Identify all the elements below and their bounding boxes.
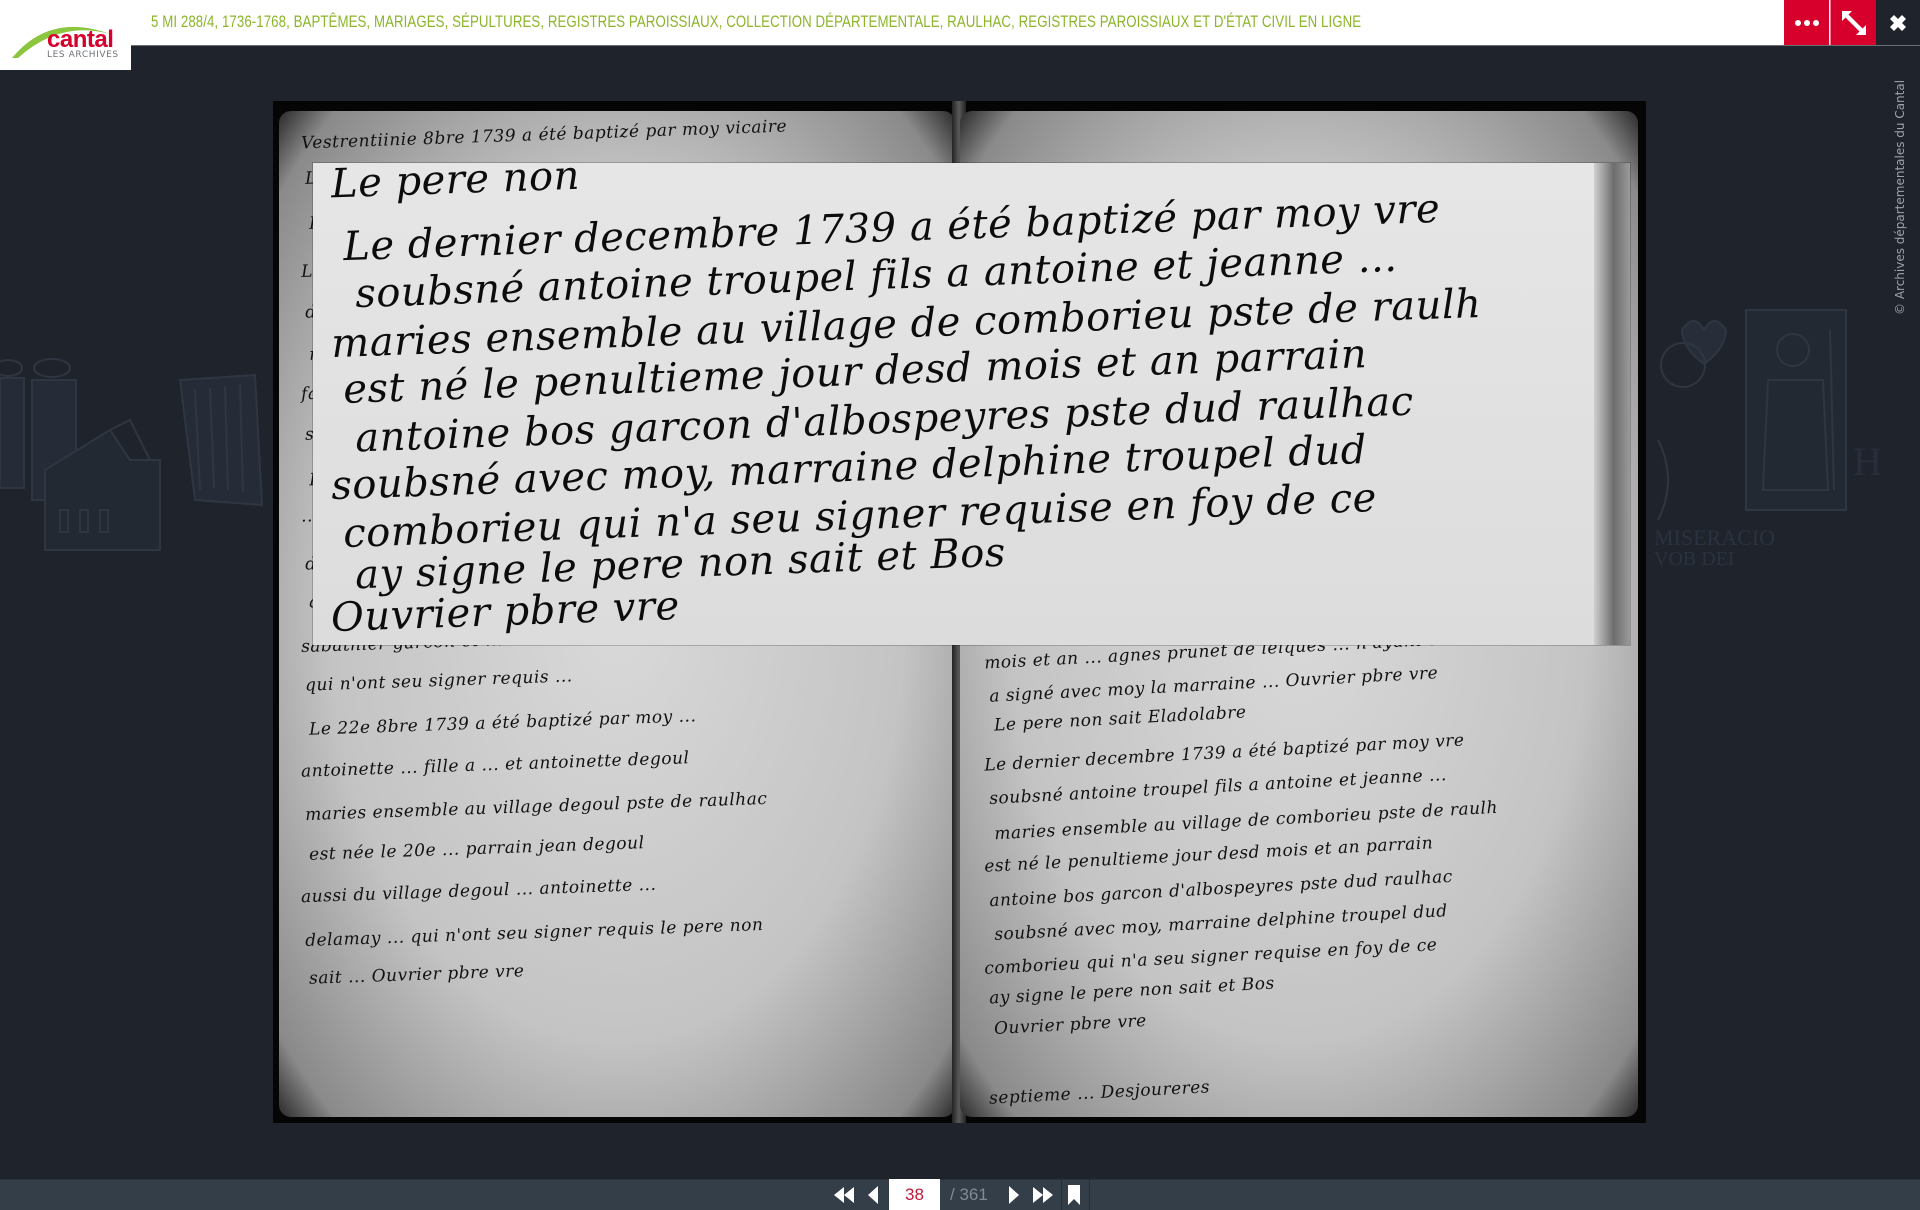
magnified-page-edge	[1594, 163, 1630, 645]
svg-text:MISERACIO: MISERACIO	[1654, 525, 1775, 550]
handwritten-line: Le pere non	[330, 163, 580, 207]
page-total-label: / 361	[950, 1185, 988, 1205]
handwritten-line: Le pere non sait Eladolabre	[994, 702, 1247, 735]
handwritten-line: septieme ... Desjoureres	[989, 1077, 1211, 1109]
pagination-divider	[1089, 1179, 1090, 1210]
handwritten-line: delamay ... qui n'ont seu signer requis …	[305, 915, 764, 951]
chevron-left-icon	[867, 1185, 879, 1205]
handwritten-line: antoinette ... fille a ... et antoinette…	[301, 748, 690, 782]
more-options-button[interactable]	[1784, 0, 1829, 45]
bookmark-icon	[1068, 1185, 1080, 1205]
background-illustration-right: MISERACIO VOB DEI H	[1648, 290, 1920, 590]
handwritten-line: a signé avec moy la marraine ... Ouvrier…	[989, 663, 1439, 706]
close-button[interactable]	[1876, 0, 1920, 45]
last-page-button[interactable]	[1030, 1179, 1056, 1210]
background-illustration-left	[0, 320, 270, 560]
chevron-right-icon	[1008, 1185, 1020, 1205]
handwritten-line: aussi du village degoul ... antoinette .…	[301, 875, 657, 907]
header-bar: 5 MI 288/4, 1736-1768, BAPTÊMES, MARIAGE…	[0, 0, 1920, 46]
first-page-button[interactable]	[831, 1179, 857, 1210]
handwritten-line: Le 22e 8bre 1739 a été baptizé par moy .…	[309, 706, 697, 740]
cantal-archives-logo[interactable]: cantal LES ARCHIVES	[0, 0, 131, 70]
svg-text:H: H	[1853, 439, 1882, 484]
magnifier-lens[interactable]: Le pere nonLe dernier decembre 1739 a ét…	[313, 163, 1630, 645]
svg-text:VOB DEI: VOB DEI	[1654, 548, 1735, 570]
handwritten-line: ay signe le pere non sait et Bos	[989, 974, 1276, 1009]
ellipsis-icon	[1795, 20, 1819, 26]
pagination-divider	[1061, 1179, 1062, 1210]
handwritten-line: est née le 20e ... parrain jean degoul	[309, 833, 645, 865]
document-title: 5 MI 288/4, 1736-1768, BAPTÊMES, MARIAGE…	[151, 12, 1361, 32]
handwritten-line: Ouvrier pbre vre	[994, 1011, 1148, 1039]
handwritten-line: Vestrentiinie 8bre 1739 a été baptizé pa…	[301, 117, 788, 154]
expand-arrows-icon	[1840, 9, 1868, 37]
close-x-icon	[1886, 11, 1910, 35]
handwritten-line: maries ensemble au village degoul pste d…	[305, 789, 768, 825]
next-page-button[interactable]	[1003, 1179, 1025, 1210]
page-number-input[interactable]	[889, 1179, 940, 1210]
double-chevron-right-icon	[1032, 1185, 1054, 1205]
logo-subtitle: LES ARCHIVES	[47, 50, 119, 60]
bookmark-button[interactable]	[1064, 1179, 1084, 1210]
copyright-notice: © Archives départementales du Cantal	[1893, 80, 1907, 315]
handwritten-line: sait ... Ouvrier pbre vre	[309, 961, 525, 989]
fullscreen-button[interactable]	[1830, 0, 1876, 45]
previous-page-button[interactable]	[862, 1179, 884, 1210]
handwritten-line: qui n'ont seu signer requis ...	[305, 666, 573, 695]
double-chevron-left-icon	[833, 1185, 855, 1205]
